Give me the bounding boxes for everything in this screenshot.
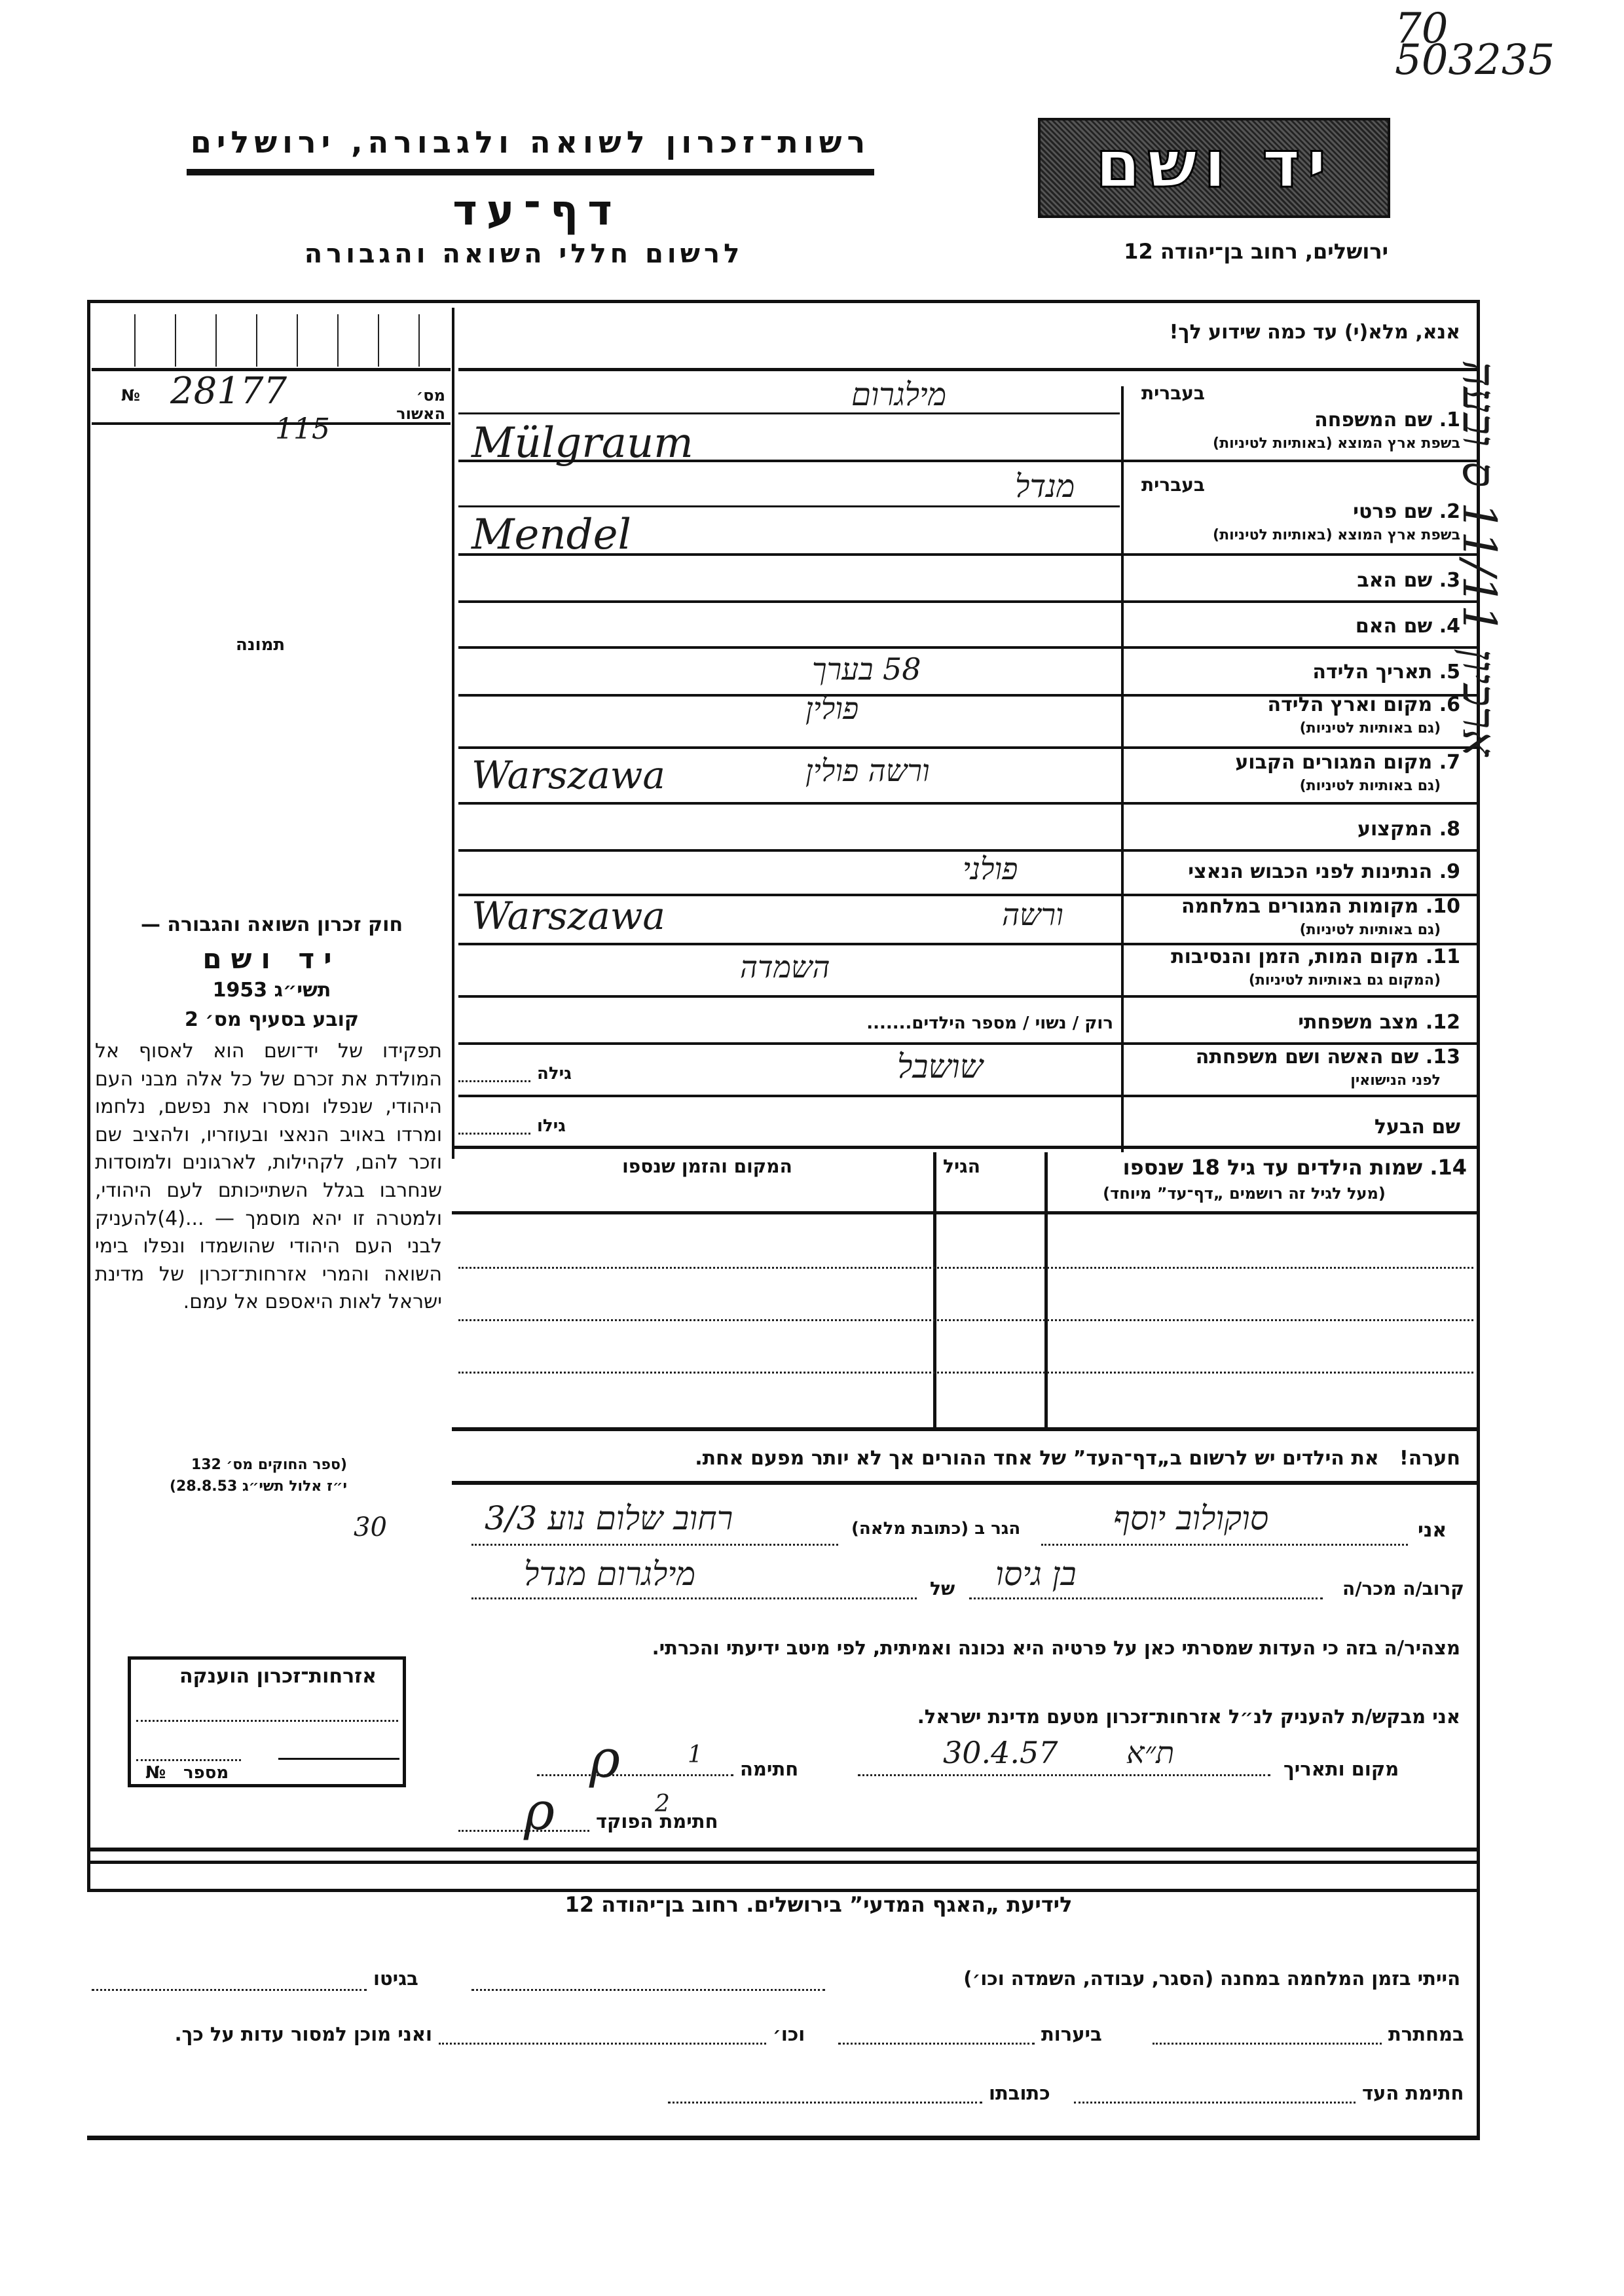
ghetto-field[interactable] (92, 1989, 367, 1991)
field-7-label: 7. מקום המגורים הקבוע (1211, 752, 1460, 774)
signature-scrawl: ρ (589, 1728, 620, 1789)
place-date-line (858, 1774, 1270, 1776)
divider (278, 1758, 399, 1760)
of-name-value[interactable]: מילגרום מנדל (524, 1555, 695, 1593)
field-6-value[interactable]: פולין (805, 691, 858, 726)
children-warning: חערה! את הילדים יש לרשום ב„דף־העד” של אח… (458, 1447, 1460, 1470)
divider (458, 802, 1477, 805)
of-label: של (930, 1578, 955, 1599)
field-2-value-hebrew[interactable]: מנדל (1015, 468, 1075, 505)
field-1-hebrew-label: בעברית (1126, 383, 1205, 404)
field-10-note: (גם באותיות לטיניות) (1126, 922, 1441, 938)
archive-number-annotation: 70 503235 (1395, 13, 1591, 76)
field-9-value[interactable]: פולני (963, 851, 1018, 886)
logo-text: יד ושם (1041, 126, 1388, 202)
place-value[interactable]: ת״א (1126, 1735, 1174, 1770)
divider (452, 1211, 1477, 1214)
field-9-label: 9. הנתינות לפני הכבוש הנאצי (1126, 861, 1460, 884)
intro-instruction: אנא, מלא(י) עד כמה שידוע לך! (917, 321, 1460, 344)
field-2-note: בשפת ארץ המוצא (באותיות לטיניות) (1126, 527, 1460, 543)
declarant-address[interactable]: רחוב שלום נוע 3/3 (485, 1499, 733, 1537)
etc-field[interactable] (439, 2043, 766, 2045)
divider (458, 505, 1120, 507)
address-label: הגר ב (כתובת מלאה) (851, 1519, 1020, 1539)
divider (87, 1861, 1480, 1864)
underground-field[interactable] (1153, 2043, 1382, 2045)
field-3-label: 3. שם האב (1211, 570, 1460, 592)
header-address: ירושלים, רחוב בן־יהודה 12 (1035, 239, 1388, 264)
law-box-title: חוק זכרון השואה והגבורה — (105, 913, 439, 936)
footer-camp-label: הייתי בזמן המלחמה במחנה (הסגר, עבודה, הש… (832, 1967, 1460, 1990)
left-column-divider (452, 308, 454, 1159)
field-10-value-latin[interactable]: Warszawa (471, 894, 665, 938)
field-10-value-hebrew[interactable]: ורשה (1002, 897, 1063, 932)
field-8-label: 8. המקצוע (1211, 818, 1460, 841)
number-symbol: № (121, 386, 140, 405)
citizenship-number-label: מספר (183, 1763, 229, 1783)
field-1-note: בשפת ארץ המוצא (באותיות לטיניות) (1126, 435, 1460, 452)
margin-handwritten-note: ארכיון 11/11 ס ובעה (1452, 360, 1506, 756)
children-row-3[interactable] (458, 1372, 1473, 1374)
divider (458, 553, 1477, 556)
law-box-clause: קובע בסעיף מס׳ 2 (105, 1008, 439, 1031)
photo-label: תמונה (236, 635, 285, 655)
field-11-value[interactable]: השמדה (740, 949, 830, 985)
footer-forests-label: ביערות (1041, 2023, 1102, 2045)
citizenship-box-line[interactable] (136, 1720, 398, 1722)
signature-field[interactable] (537, 1774, 733, 1776)
field-2-value-latin[interactable]: Mendel (471, 511, 631, 559)
field-6-label: 6. מקום וארץ הלידה (1211, 694, 1460, 717)
signature-mark: 1 (688, 1741, 703, 1768)
divider (458, 460, 1477, 462)
children-row-1[interactable] (458, 1267, 1473, 1269)
field-5-label: 5. תאריך הלידה (1211, 661, 1460, 684)
field-6-note: (גם באותיות לטיניות) (1126, 720, 1441, 737)
of-name-line (471, 1597, 917, 1599)
children-col-age: הגיל (943, 1156, 980, 1177)
address-line (471, 1544, 838, 1546)
divider (452, 1481, 1477, 1485)
citizenship-granted-box: אזרחות־זכרון הוענקה מספר № (128, 1656, 406, 1787)
relation-line (969, 1597, 1323, 1599)
field-7-value-latin[interactable]: Warszawa (471, 753, 665, 797)
witness-signature-field[interactable] (1074, 2102, 1356, 2104)
divider (458, 646, 1477, 649)
divider (92, 422, 451, 425)
citizenship-box-title: אזרחות־זכרון הוענקה (179, 1665, 377, 1688)
field-2-label: 2. שם פרטי (1211, 501, 1460, 524)
field-1-label: 1. שם המשפחה (1211, 409, 1460, 432)
field-2-hebrew-label: בעברית (1126, 475, 1205, 496)
field-12-label: 12. מצב משפחתי (1211, 1011, 1460, 1034)
footer-ghetto-label: בגיטו (373, 1967, 418, 1990)
declaration-text: מצהיר/ה בזה כי העדות שמסרתי כאן על פרטיה… (458, 1637, 1460, 1659)
children-title: 14. שמות הילדים עד גיל 18 שנספו (1048, 1156, 1467, 1180)
field-13-value[interactable]: שושבל (897, 1048, 983, 1085)
address-margin-note: 30 (354, 1512, 387, 1542)
husband-age-label: גילו (537, 1116, 566, 1136)
divider (87, 2136, 1480, 2140)
field-4-label: 4. שם האם (1211, 615, 1460, 638)
divider (458, 746, 1477, 749)
children-col-divider-1 (933, 1152, 936, 1427)
place-date-label: מקום ותאריך (1283, 1758, 1399, 1780)
children-note: (מעל לגיל זה רושמים „דף־עד” מיוחד) (1048, 1185, 1441, 1203)
law-box-body: תפקידו של יד־ושם הוא לאסוף אל המולדת את … (95, 1038, 442, 1317)
divider (458, 368, 1477, 371)
divider (458, 1095, 1477, 1097)
footer-title: לידיעת „האגף המדעי” בירושלים. רחוב בן־יה… (458, 1892, 1179, 1917)
number-symbol: № (145, 1763, 166, 1783)
field-11-note: (המקום גם באותיות לטיניות) (1126, 972, 1441, 989)
field-1-value-hebrew[interactable]: מילגרום (851, 376, 946, 413)
approval-tick-boxes (95, 314, 449, 367)
declarant-name[interactable]: סוקולוב יוסף (1113, 1499, 1268, 1537)
law-box-source-1: (ספר החוקים מס׳ 132 (98, 1457, 347, 1473)
approval-number[interactable]: 28177 (170, 370, 287, 412)
form-title: דף־עד (367, 187, 707, 235)
field-5-value[interactable]: 58 בערך (812, 651, 921, 687)
officer-signature-scrawl: ρ (524, 1781, 555, 1842)
label-column-divider (1121, 386, 1124, 1152)
header-rule (187, 169, 874, 175)
relation-label: קרוב/ה מכר/ה (1342, 1578, 1464, 1599)
relation-value[interactable]: בן גיסו (995, 1555, 1077, 1593)
yad-vashem-logo: יד ושם (1038, 118, 1390, 218)
divider (458, 412, 1120, 414)
field-13-age-label: גילה (537, 1064, 572, 1084)
organization-name: רשות־זכרון לשואה ולגבורה, ירושלים (183, 124, 877, 160)
field-13-age-input[interactable] (458, 1080, 530, 1082)
law-box-source-2: י״ז אלול תשי״ג 28.8.53) (98, 1478, 347, 1495)
signature-label: חתימה (740, 1758, 798, 1780)
law-box-year: תשי״ג 1953 (105, 979, 439, 1002)
field-7-note: (גם באותיות לטיניות) (1126, 778, 1441, 794)
law-box-name: יד ושם (105, 943, 439, 975)
citizenship-request-text: אני מבקש/ת להעניק לנ״ל אזרחות־זכרון מטעם… (720, 1705, 1460, 1728)
footer-witness-address-label: כתובתו (989, 2082, 1050, 2104)
field-7-value-hebrew[interactable]: ורשה פולין (805, 753, 930, 788)
approval-sub-number[interactable]: 115 (275, 412, 330, 446)
footer-etc-label: וכו׳ (773, 2023, 805, 2045)
citizenship-number-field[interactable] (136, 1759, 241, 1761)
form-subtitle: לרשום חללי השואה והגבורה (262, 239, 786, 269)
declarant-i-label: אני (1418, 1519, 1447, 1542)
footer-underground-label: במחתרת (1388, 2023, 1464, 2045)
children-row-2[interactable] (458, 1319, 1473, 1321)
footer-testimony-text: ואני מוכן למסור עדות על כך. (92, 2023, 432, 2045)
field-12-value[interactable]: רוק / נשוי / מספר הילדים....... (720, 1013, 1113, 1033)
divider (458, 995, 1477, 998)
field-13-label: 13. שם האשה ושם משפחתה (1126, 1046, 1460, 1069)
divider (458, 600, 1477, 603)
date-value[interactable]: 30.4.57 (943, 1735, 1058, 1770)
footer-witness-signature-label: חתימת העד (1362, 2082, 1464, 2104)
divider (87, 1848, 1480, 1851)
camp-field[interactable] (471, 1989, 825, 1991)
children-col-divider-2 (1044, 1152, 1048, 1427)
field-11-label: 11. מקום המות, הזמן והנסיבות (1126, 946, 1460, 969)
divider (1477, 1861, 1480, 2139)
husband-name-label: שם הבעל (1211, 1116, 1460, 1139)
divider (452, 1146, 1477, 1149)
husband-age-input[interactable] (458, 1133, 530, 1135)
divider (452, 1427, 1477, 1431)
field-10-label: 10. מקומות המגורים במלחמה (1126, 896, 1460, 919)
field-13-note: לפני הנישואין (1126, 1072, 1441, 1089)
divider (458, 1042, 1477, 1045)
children-col-place-time: המקום והזמן שנספו (524, 1156, 891, 1177)
officer-mark: 2 (655, 1791, 670, 1817)
witness-address-field[interactable] (668, 2102, 982, 2104)
forests-field[interactable] (838, 2043, 1035, 2045)
approval-label: מס׳ האשור (367, 386, 445, 423)
declarant-name-line (1041, 1544, 1408, 1546)
